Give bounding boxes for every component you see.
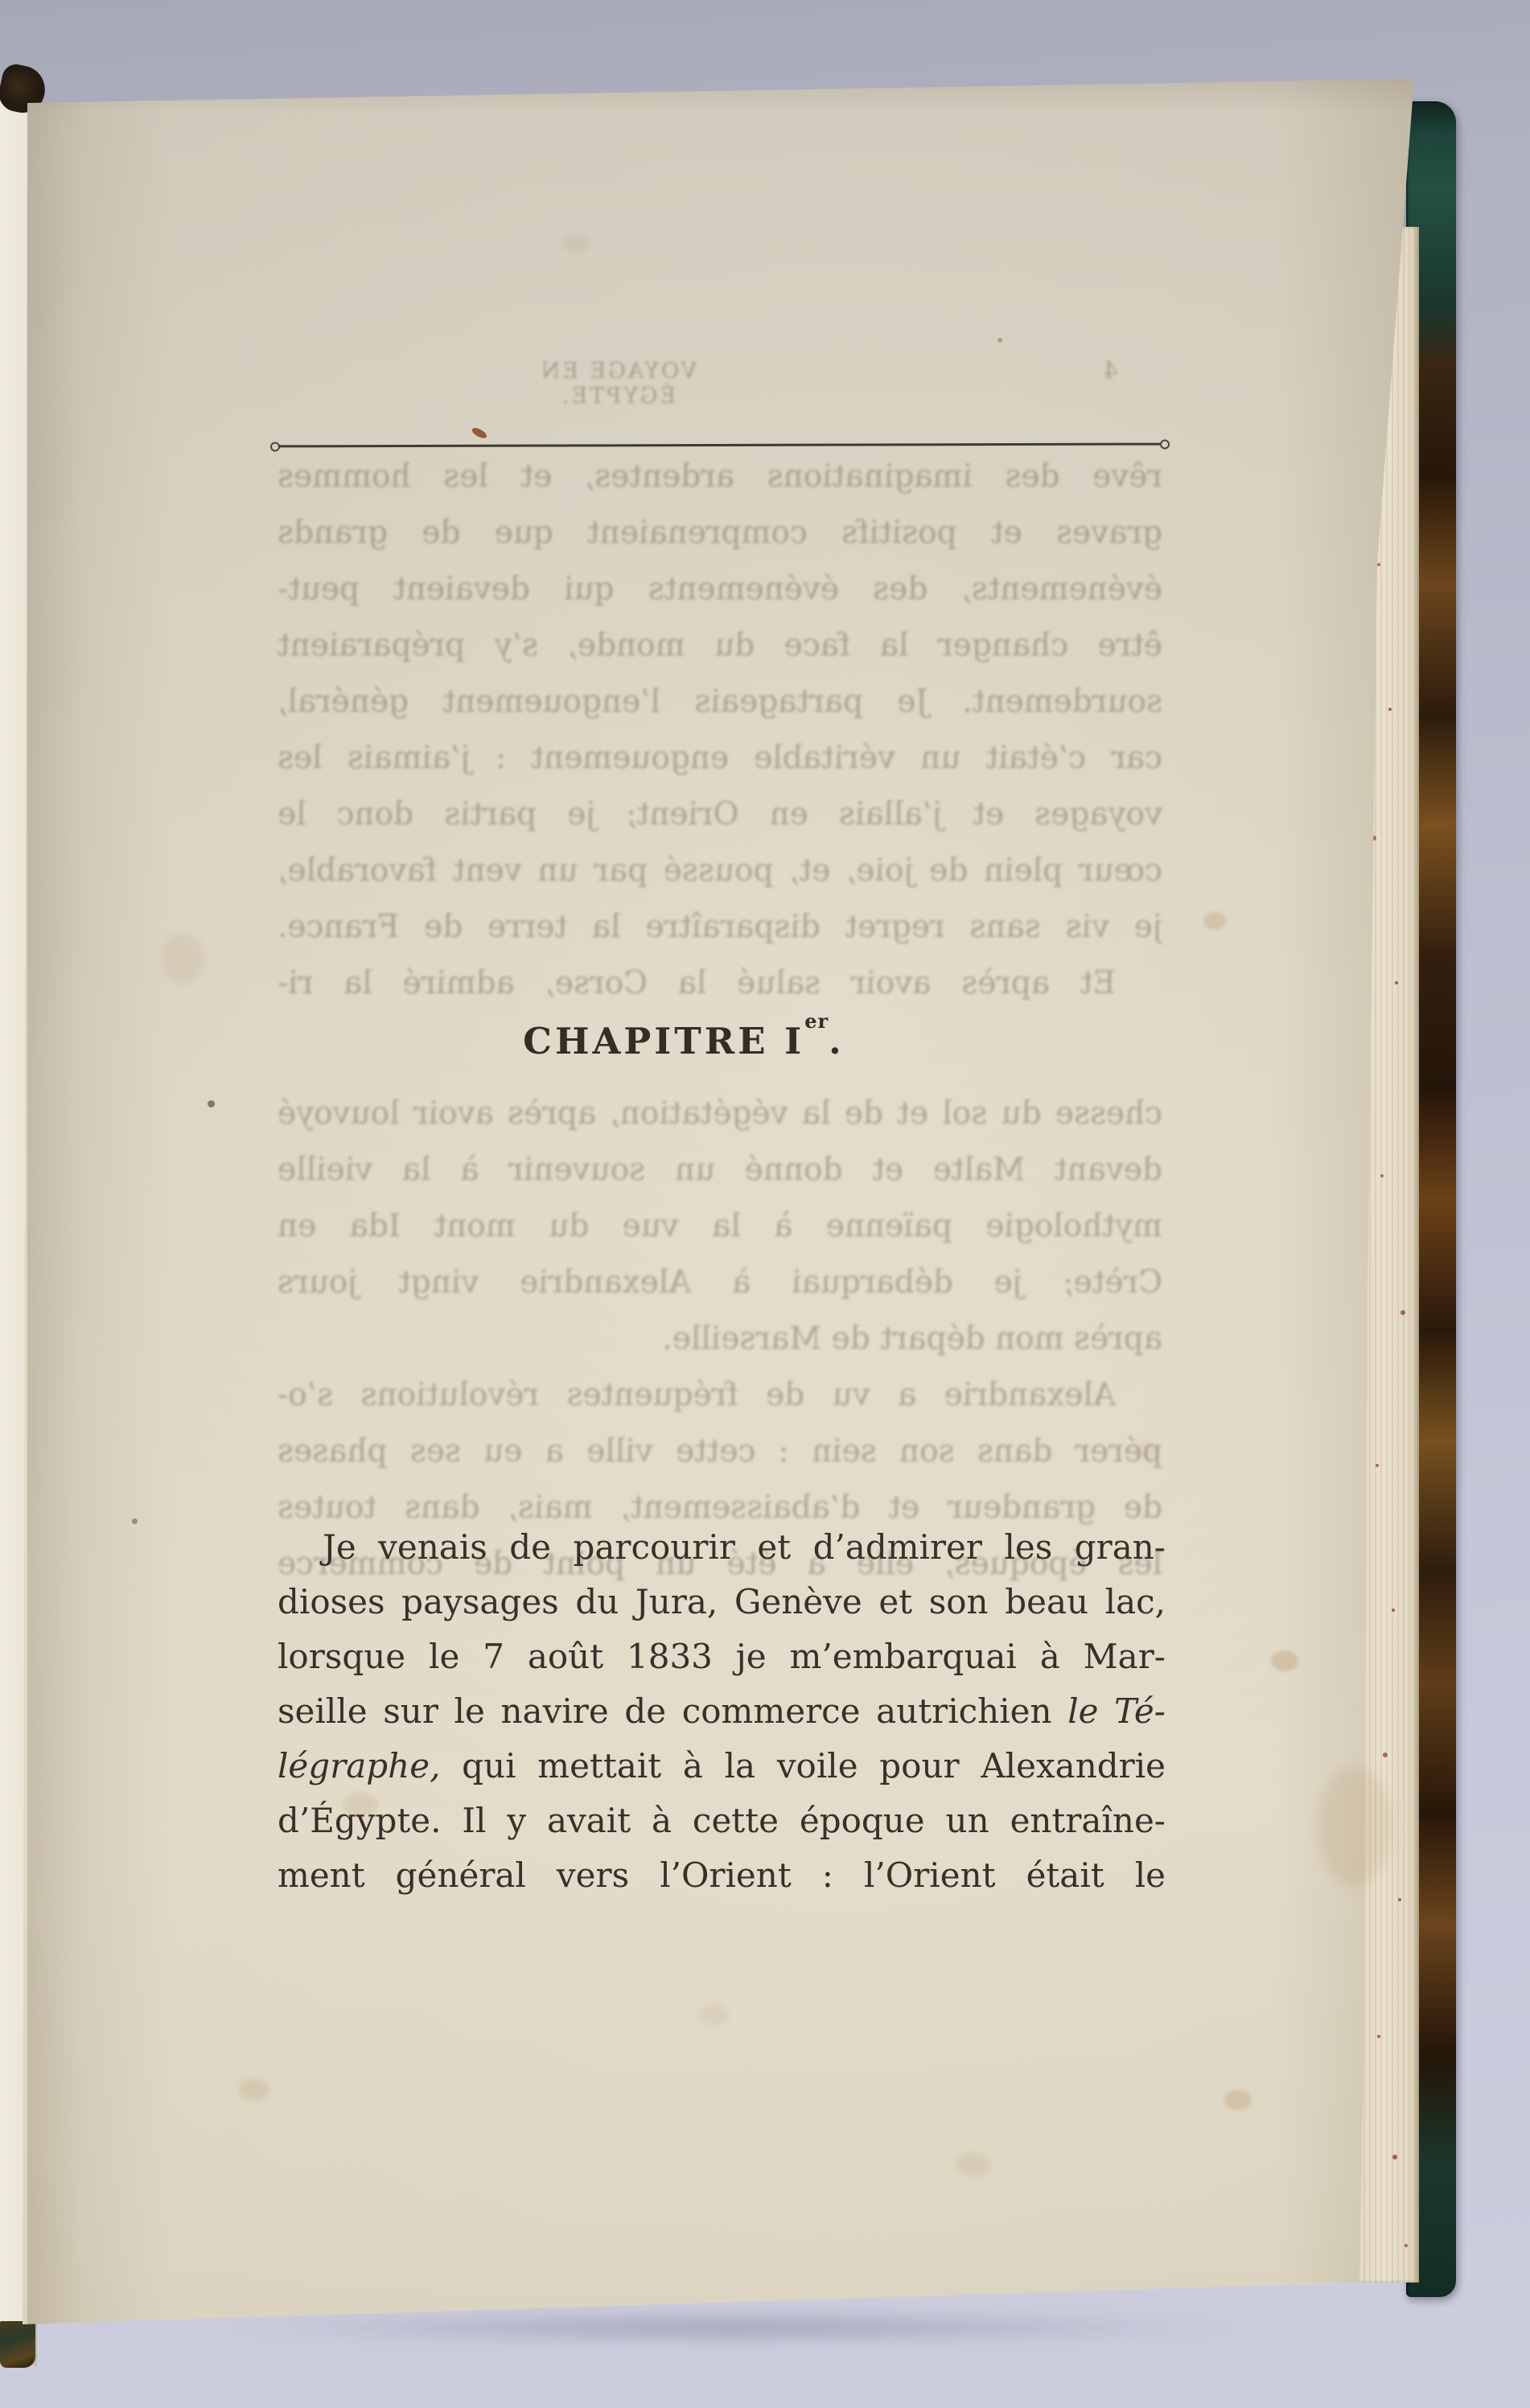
- showthrough-line: événements, des événements qui devaient …: [278, 561, 1162, 618]
- cover-corner-bottom-left: [0, 2321, 35, 2368]
- fore-edge-speckles: [1377, 563, 1380, 566]
- showthrough-line: rêve des imaginations ardentes, et les h…: [278, 449, 1162, 505]
- showthrough-text-above-heading: rêve des imaginations ardentes, et les h…: [278, 449, 1162, 1012]
- text-segment: d’Égypte. Il y avait à cette époque un e…: [278, 1801, 1166, 1840]
- text-segment: graves et positifs comprenaient que de g…: [278, 515, 1162, 551]
- gutter-shadow: [27, 97, 172, 2324]
- paragraph-line: lorsque le 7 août 1833 je m’embarquai à …: [278, 1629, 1166, 1684]
- text-segment: chesse du sol et de la végétation, après…: [278, 1095, 1162, 1132]
- text-segment: car c’était un véritable engouement : j’…: [278, 740, 1162, 776]
- showthrough-line: cœur plein de joie, et, poussé par un ve…: [278, 843, 1162, 899]
- showthrough-line: je vis sans regret disparaître la terre …: [278, 899, 1162, 955]
- text-segment: Alexandrie a vu de fréquentes révolution…: [278, 1377, 1116, 1413]
- showthrough-line: car c’était un véritable engouement : j’…: [278, 730, 1162, 787]
- rule-ring-right-icon: [1160, 440, 1170, 450]
- text-segment: dioses paysages du Jura, Genève et son b…: [278, 1582, 1166, 1621]
- text-segment: événements, des événements qui devaient …: [278, 571, 1162, 607]
- showthrough-line: sourdement. Je partageais l’engouement g…: [278, 674, 1162, 730]
- text-segment: lorsque le 7 août 1833 je m’embarquai à …: [278, 1637, 1166, 1676]
- text-segment: seille sur le navire de commerce autrich…: [278, 1691, 1067, 1731]
- chapter-heading-superscript: er: [804, 1009, 829, 1033]
- text-segment: qui mettait à la voile pour Alexandrie: [440, 1746, 1166, 1785]
- text-segment: rêve des imaginations ardentes, et les h…: [278, 458, 1162, 495]
- text-segment: voyages et j’allais en Orient; je partis…: [278, 796, 1162, 832]
- text-segment: je vis sans regret disparaître la terre …: [278, 909, 1162, 945]
- chapter-heading-text: CHAPITRE I: [523, 1020, 804, 1062]
- text-segment: Et après avoir salué la Corse, admiré la…: [278, 965, 1116, 1001]
- showthrough-line: mythologie païenne à la vue du mont Ida …: [278, 1198, 1162, 1255]
- text-segment: cœur plein de joie, et, poussé par un ve…: [278, 853, 1162, 889]
- chapter-heading-period: .: [829, 1020, 845, 1062]
- italic-text-segment: légraphe,: [278, 1746, 440, 1785]
- showthrough-line: Et après avoir salué la Corse, admiré la…: [278, 955, 1162, 1012]
- paragraph-line: légraphe, qui mettait à la voile pour Al…: [278, 1739, 1166, 1794]
- text-segment: pérer dans son sein : cette ville a eu s…: [278, 1433, 1162, 1469]
- text-segment: mythologie païenne à la vue du mont Ida …: [278, 1208, 1162, 1244]
- showthrough-line: être changer la face du monde, s’y prépa…: [278, 618, 1162, 674]
- paragraph-line: seille sur le navire de commerce autrich…: [278, 1684, 1166, 1739]
- paragraph-line: d’Égypte. Il y avait à cette époque un e…: [278, 1794, 1166, 1848]
- showthrough-line: pérer dans son sein : cette ville a eu s…: [278, 1424, 1162, 1480]
- text-segment: après mon départ de Marseille.: [662, 1321, 1162, 1357]
- paragraph-line: ment général vers l’Orient : l’Orient ét…: [278, 1848, 1166, 1903]
- text-segment: Crète; je débarquai à Alexandrie vingt j…: [278, 1264, 1162, 1301]
- showthrough-page-number: 4: [1086, 357, 1118, 385]
- chapter-heading: CHAPITRE Ier.: [241, 1020, 1126, 1062]
- text-segment: devant Malte et donné un souvenir à la v…: [278, 1152, 1162, 1188]
- showthrough-line: graves et positifs comprenaient que de g…: [278, 505, 1162, 561]
- showthrough-line: Alexandrie a vu de fréquentes révolution…: [278, 1367, 1162, 1424]
- paragraph-line: dioses paysages du Jura, Genève et son b…: [278, 1575, 1166, 1629]
- paragraph-line: Je venais de parcourir et d’admirer les …: [278, 1520, 1166, 1575]
- italic-text-segment: le Té-: [1067, 1691, 1166, 1731]
- showthrough-line: chesse du sol et de la végétation, après…: [278, 1086, 1162, 1142]
- body-paragraph: Je venais de parcourir et d’admirer les …: [278, 1520, 1166, 1903]
- top-edge-shadow: [24, 77, 1416, 114]
- text-segment: Je venais de parcourir et d’admirer les …: [323, 1527, 1166, 1567]
- showthrough-line: Crète; je débarquai à Alexandrie vingt j…: [278, 1255, 1162, 1311]
- showthrough-text-below-heading: chesse du sol et de la végétation, après…: [278, 1086, 1162, 1592]
- showthrough-line: devant Malte et donné un souvenir à la v…: [278, 1142, 1162, 1198]
- rule-line: [278, 443, 1160, 448]
- text-segment: ment général vers l’Orient : l’Orient ét…: [278, 1855, 1166, 1895]
- text-segment: être changer la face du monde, s’y prépa…: [278, 627, 1162, 664]
- showthrough-line: après mon départ de Marseille.: [278, 1311, 1162, 1367]
- text-segment: sourdement. Je partageais l’engouement g…: [278, 684, 1162, 720]
- book-photograph: VOYAGE EN ÉGYPTE. 4 rêve des imagination…: [0, 0, 1530, 2408]
- showthrough-running-title: VOYAGE EN ÉGYPTE.: [497, 359, 738, 409]
- showthrough-line: voyages et j’allais en Orient; je partis…: [278, 787, 1162, 843]
